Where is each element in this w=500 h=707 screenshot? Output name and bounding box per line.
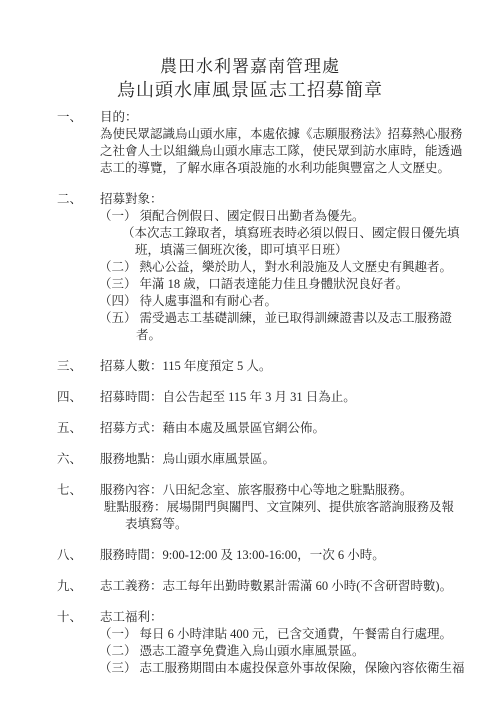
section-heading-row: 二、 招募對象： — [0, 191, 500, 208]
section-detail-line: 表填寫等。 — [0, 516, 500, 533]
section-recruit-count: 三、 招募人數：115 年度預定 5 人。 — [0, 358, 500, 375]
section-number: 八、 — [57, 547, 82, 564]
item-text: 年滿 18 歲，口語表達能力佳且身體狀況良好者。 — [140, 277, 409, 291]
item-marker: （一） — [99, 627, 137, 641]
section-row: 五、 招募方式：藉由本處及風景區官網公佈。 — [0, 420, 500, 437]
section-service-location: 六、 服務地點：烏山頭水庫風景區。 — [0, 451, 500, 468]
section-number: 四、 — [57, 389, 82, 406]
section-recruit-method: 五、 招募方式：藉由本處及風景區官網公佈。 — [0, 420, 500, 437]
section-heading-row: 一、 目的： — [0, 109, 500, 126]
section-text: 志工義務：志工每年出勤時數累計需滿 60 小時(不含研習時數)。 — [100, 579, 452, 593]
item-note-line: 班，填滿三個班次後，即可填平日班） — [0, 242, 500, 259]
list-item: （五）需受過志工基礎訓練，並已取得訓練證書以及志工服務證 — [0, 310, 500, 327]
section-number: 五、 — [57, 420, 82, 437]
document-page: 農田水利署嘉南管理處 烏山頭水庫風景區志工招募簡章 一、 目的： 為使民眾認識烏… — [0, 0, 500, 707]
section-volunteer-benefits: 十、 志工福利： （一）每日 6 小時津貼 400 元，已含交通費，午餐需自行處… — [0, 609, 500, 677]
item-text: 憑志工證享免費進入烏山頭水庫風景區。 — [140, 644, 365, 658]
section-recruit-targets: 二、 招募對象： （一）須配合例假日、國定假日出勤者為優先。 （本次志工錄取者，… — [0, 191, 500, 344]
item-marker: （三） — [99, 661, 137, 675]
paragraph-line: 之社會人士以組織烏山頭水庫志工隊，使民眾到訪水庫時，能透過 — [0, 143, 500, 160]
item-marker: （三） — [99, 277, 137, 291]
item-text: 志工服務期間由本處投保意外事故保險，保險內容依衛生福 — [140, 661, 465, 675]
item-text: 須配合例假日、國定假日出勤者為優先。 — [140, 209, 365, 223]
section-detail-line: 駐點服務：展場開門與關門、文宣陳列、提供旅客諮詢服務及報 — [0, 499, 500, 516]
section-row: 九、 志工義務：志工每年出勤時數累計需滿 60 小時(不含研習時數)。 — [0, 578, 500, 595]
section-text: 服務時間：9:00-12:00 及 13:00-16:00，一次 6 小時。 — [100, 548, 385, 562]
section-row: 六、 服務地點：烏山頭水庫風景區。 — [0, 451, 500, 468]
section-recruit-period: 四、 招募時間：自公告起至 115 年 3 月 31 日為止。 — [0, 389, 500, 406]
list-item: （一）每日 6 小時津貼 400 元，已含交通費，午餐需自行處理。 — [0, 626, 500, 643]
item-marker: （二） — [99, 260, 137, 274]
section-heading: 志工福利： — [100, 610, 163, 624]
section-text: 服務地點：烏山頭水庫風景區。 — [100, 452, 275, 466]
list-item: （二）憑志工證享免費進入烏山頭水庫風景區。 — [0, 643, 500, 660]
item-marker: （四） — [99, 294, 137, 308]
item-text: 熱心公益，樂於助人，對水利設施及人文歷史有興趣者。 — [140, 260, 453, 274]
section-text: 服務內容：八田紀念室、旅客服務中心等地之駐點服務。 — [100, 483, 413, 497]
item-marker: （五） — [99, 311, 137, 325]
document-title-line1: 農田水利署嘉南管理處 — [0, 55, 500, 78]
section-number: 二、 — [57, 191, 82, 208]
list-item: （四）待人處事溫和有耐心者。 — [0, 293, 500, 310]
list-item: （一）須配合例假日、國定假日出勤者為優先。 — [0, 208, 500, 225]
item-continuation-line: 者。 — [0, 327, 500, 344]
section-number: 六、 — [57, 451, 82, 468]
item-text: 需受過志工基礎訓練，並已取得訓練證書以及志工服務證 — [140, 311, 453, 325]
item-marker: （一） — [99, 209, 137, 223]
section-number: 三、 — [57, 358, 82, 375]
section-text: 招募人數：115 年度預定 5 人。 — [100, 359, 271, 373]
section-volunteer-duty: 九、 志工義務：志工每年出勤時數累計需滿 60 小時(不含研習時數)。 — [0, 578, 500, 595]
section-service-content: 七、 服務內容：八田紀念室、旅客服務中心等地之駐點服務。 駐點服務：展場開門與關… — [0, 482, 500, 533]
paragraph-line: 志工的導覽，了解水庫各項設施的水利功能與豐富之人文歷史。 — [0, 160, 500, 177]
section-number: 一、 — [57, 109, 82, 126]
item-marker: （二） — [99, 644, 137, 658]
section-row: 三、 招募人數：115 年度預定 5 人。 — [0, 358, 500, 375]
section-heading: 目的： — [100, 110, 138, 124]
section-row: 四、 招募時間：自公告起至 115 年 3 月 31 日為止。 — [0, 389, 500, 406]
list-item: （三）年滿 18 歲，口語表達能力佳且身體狀況良好者。 — [0, 276, 500, 293]
section-text: 招募方式：藉由本處及風景區官網公佈。 — [100, 421, 325, 435]
section-row: 七、 服務內容：八田紀念室、旅客服務中心等地之駐點服務。 — [0, 482, 500, 499]
section-heading-row: 十、 志工福利： — [0, 609, 500, 626]
item-text: 待人處事溫和有耐心者。 — [140, 294, 278, 308]
section-number: 九、 — [57, 578, 82, 595]
section-service-hours: 八、 服務時間：9:00-12:00 及 13:00-16:00，一次 6 小時… — [0, 547, 500, 564]
document-title-line2: 烏山頭水庫風景區志工招募簡章 — [0, 78, 500, 103]
list-item: （二）熱心公益，樂於助人，對水利設施及人文歷史有興趣者。 — [0, 259, 500, 276]
item-text: 每日 6 小時津貼 400 元，已含交通費，午餐需自行處理。 — [140, 627, 453, 641]
section-number: 七、 — [57, 482, 82, 499]
section-row: 八、 服務時間：9:00-12:00 及 13:00-16:00，一次 6 小時… — [0, 547, 500, 564]
paragraph-line: 為使民眾認識烏山頭水庫，本處依據《志願服務法》招募熱心服務 — [0, 126, 500, 143]
section-heading: 招募對象： — [100, 192, 163, 206]
list-item: （三）志工服務期間由本處投保意外事故保險，保險內容依衛生福 — [0, 660, 500, 677]
section-number: 十、 — [57, 609, 82, 626]
item-note-line: （本次志工錄取者，填寫班表時必須以假日、國定假日優先填 — [0, 225, 500, 242]
section-purpose: 一、 目的： 為使民眾認識烏山頭水庫，本處依據《志願服務法》招募熱心服務 之社會… — [0, 109, 500, 177]
section-text: 招募時間：自公告起至 115 年 3 月 31 日為止。 — [100, 390, 356, 404]
